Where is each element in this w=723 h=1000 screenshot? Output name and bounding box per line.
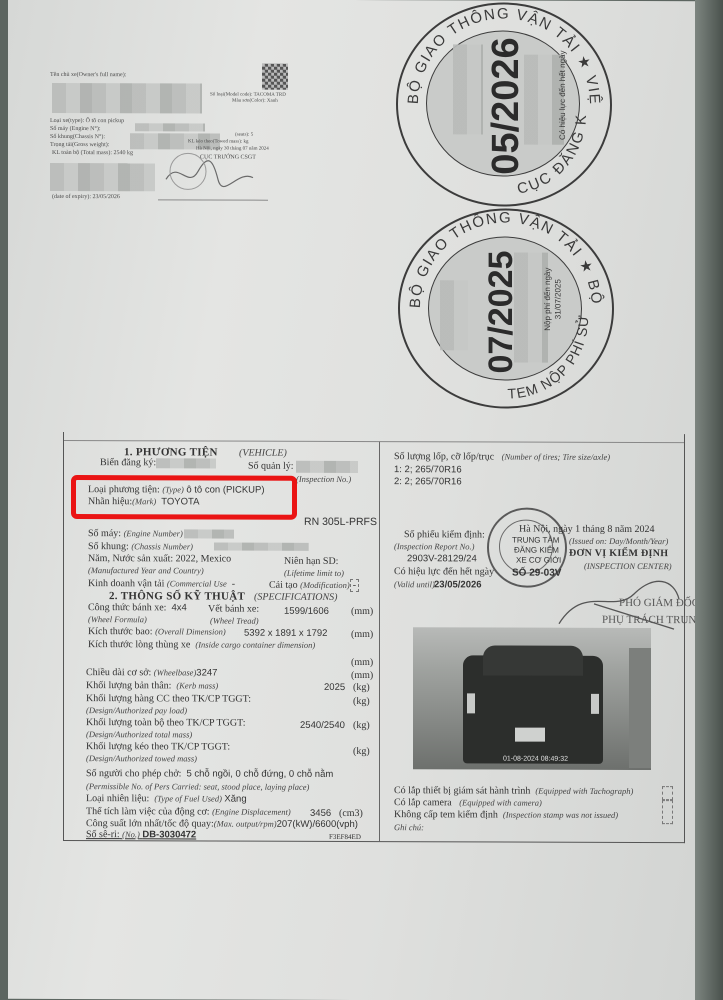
- valid-until-en: (Valid until): [394, 579, 435, 589]
- redacted-owner: [52, 83, 202, 114]
- modification-row: Cải tạo (Modification)-: [269, 580, 359, 591]
- wheelbase-value: 3247: [196, 667, 217, 678]
- tires-row: Số lượng lốp, cỡ lốp/trục (Number of tir…: [394, 451, 610, 463]
- unit-kg: (kg): [353, 746, 370, 757]
- no-stamp-label: Không cấp tem kiểm định: [394, 809, 498, 820]
- tires-label: Số lượng lốp, cỡ lốp/trục: [394, 451, 494, 462]
- chassis-en: (Chassis Number): [131, 541, 193, 551]
- redacted-mgmt-no: [296, 461, 358, 473]
- wheel-tread-en: (Wheel Tread): [210, 616, 259, 626]
- specs-section-title: 2. THÔNG SỐ KỸ THUẬT: [109, 590, 245, 602]
- total-mass-label: Khối lượng toàn bộ theo TK/CP TGGT:: [86, 717, 245, 729]
- camera-label: Có lắp camera: [394, 797, 452, 808]
- total-mass-line: KL toàn bộ (Total mass): 2540 kg: [52, 149, 133, 157]
- expiry-line: (date of expiry): 23/05/2026: [52, 193, 120, 201]
- wheel-formula-value: 4x4: [171, 602, 186, 613]
- notes-label: Ghi chú:: [394, 822, 424, 832]
- year-country-en: (Manufactured Year and Country): [88, 565, 204, 575]
- no-stamp-en: (Inspection stamp was not issued): [503, 810, 618, 820]
- overall-dim-value: 5392 x 1891 x 1792: [244, 628, 327, 639]
- kerb-value: 2025: [324, 682, 345, 693]
- issue-place-date-en: (Issued on: Day/Month/Year): [569, 536, 668, 546]
- column-divider: [379, 441, 380, 841]
- redacted-plate-value: [156, 458, 216, 468]
- camera-checkbox: [662, 800, 673, 824]
- persons-en: (Permissible No. of Pers Carried: seat, …: [86, 781, 309, 792]
- engine-row: Số máy: (Engine Number): [88, 528, 183, 539]
- unit-mm: (mm): [351, 629, 373, 640]
- wheelbase-en: (Wheelbase): [154, 667, 196, 677]
- commercial-value: -: [232, 579, 235, 590]
- serial-value: DB-3030472: [142, 829, 196, 840]
- fuel-value: Xăng: [224, 794, 246, 805]
- payload-label: Khối lượng hàng CC theo TK/CP TGGT:: [86, 693, 251, 705]
- displacement-en: (Engine Displacement): [212, 807, 291, 817]
- unit-mm: (mm): [351, 657, 373, 668]
- unit-cm3: (cm3): [339, 808, 363, 819]
- qr-code: [262, 64, 288, 90]
- seal-line-3: XE CƠ GIỚI: [516, 556, 561, 565]
- commercial-en: (Commercial Use: [167, 578, 227, 588]
- stamp-valid-text: Có hiệu lực đến hết ngày: [558, 51, 567, 140]
- redacted-chassis-no: [214, 543, 309, 551]
- fuel-label: Loại nhiên liệu:: [86, 793, 149, 804]
- wheel-tread-value: 1599/1606: [284, 606, 329, 617]
- lifetime-en: (Lifetime limit to): [284, 568, 344, 578]
- chassis-label: Số khung:: [88, 541, 129, 552]
- unit-mm: (mm): [351, 670, 373, 681]
- form-top-border: [64, 440, 684, 443]
- desk-background: [695, 0, 723, 1000]
- inspection-certificate-page: Tên chủ xe(Owner's full name): Loại xe(t…: [8, 0, 698, 1000]
- pickup-truck-image: [463, 655, 603, 763]
- unit-kg: (kg): [353, 682, 370, 693]
- redacted-engine: [135, 123, 205, 131]
- valid-until-label: Có hiệu lực đến hết ngày: [394, 566, 494, 577]
- overall-dim-en: (Overall Dimension): [155, 626, 226, 636]
- fuel-en: (Type of Fuel Used): [154, 793, 222, 803]
- unit-mm: (mm): [351, 606, 373, 617]
- total-mass-en: (Design/Authorized total mass): [86, 729, 192, 739]
- redacted-plate: [453, 44, 483, 134]
- license-plate: [515, 728, 545, 742]
- issue-place-date: Hà Nội, ngày 1 tháng 8 năm 2024: [519, 524, 655, 535]
- vehicle-photo: 01-08-2024 08:49:32: [413, 627, 651, 770]
- serial-row: Số sê-ri: (No.) DB-3030472: [86, 829, 196, 840]
- tail-lamp-right: [591, 694, 599, 714]
- displacement-value: 3456: [310, 808, 331, 819]
- mgmt-no-label: Số quản lý:: [248, 461, 294, 472]
- persons-value: 5 chỗ ngồi, 0 chỗ đứng, 0 chỗ nằm: [186, 768, 333, 780]
- tachograph-checkbox: [662, 786, 673, 800]
- vehicle-section-title-en: (VEHICLE): [239, 448, 287, 459]
- engine-label: Số máy:: [88, 528, 121, 539]
- persons-row: Số người cho phép chở: 5 chỗ ngồi, 0 chỗ…: [86, 768, 333, 780]
- kerb-label: Khối lượng bản thân:: [86, 680, 171, 691]
- towed-label: Khối lượng kéo theo TK/CP TGGT:: [86, 741, 230, 753]
- inspection-stamp: BỘ GIAO THÔNG VẬN TẢI ★ VIỆT NAM CỤC ĐĂN…: [396, 2, 612, 207]
- owner-label: Tên chủ xe(Owner's full name):: [50, 71, 126, 79]
- engine-en: (Engine Number): [124, 528, 183, 538]
- persons-label: Số người cho phép chở:: [86, 768, 181, 779]
- unit-kg: (kg): [353, 696, 370, 707]
- redacted-plate: [440, 280, 468, 350]
- modification-label: Cải tạo: [269, 580, 298, 591]
- specs-section-title-en: (SPECIFICATIONS): [254, 592, 338, 603]
- report-no-label: Số phiếu kiểm định:: [404, 529, 485, 540]
- modification-value: -: [350, 579, 359, 592]
- no-stamp-row: Không cấp tem kiểm định (Inspection stam…: [394, 809, 618, 821]
- stamp-fee-date: 31/07/2025: [554, 279, 563, 319]
- kerb-row: Khối lượng bản thân: (Kerb mass): [86, 680, 218, 691]
- unit-kg: (kg): [353, 720, 370, 731]
- kerb-en: (Kerb mass): [176, 680, 218, 690]
- redacted-address: [50, 163, 155, 191]
- wheelbase-label: Chiều dài cơ sở:: [86, 667, 151, 678]
- road-fee-stamp: BỘ GIAO THÔNG VẬN TẢI ★ BỘ ĐƯỜNG TEM NỘP…: [398, 208, 614, 409]
- total-mass-value: 2540/2540: [300, 720, 345, 731]
- seal-line-1: TRUNG TÂM: [512, 536, 559, 545]
- wheel-formula-en: (Wheel Formula): [88, 614, 147, 624]
- towed-en: (Design/Authorized towed mass): [86, 753, 197, 763]
- report-no-en: (Inspection Report No.): [394, 541, 475, 551]
- valid-until-value: 23/05/2026: [434, 579, 482, 590]
- police-signature: [158, 149, 268, 200]
- report-no-value: 2903V-28129/24: [407, 553, 477, 564]
- power-value: 207(kW)/6600(vph): [277, 819, 358, 830]
- plate-label: Biển đăng ký:: [100, 457, 156, 468]
- cargo-dim-label: Kích thước lòng thùng xe: [88, 639, 190, 650]
- stamp-expiry-big: 05/2026: [485, 37, 528, 175]
- model-code-value: RN 305L-PRFS: [304, 516, 377, 528]
- chassis-row: Số khung: (Chassis Number): [88, 541, 193, 552]
- fuel-row: Loại nhiên liệu: (Type of Fuel Used) Xăn…: [86, 793, 247, 805]
- tire-axle-1: 1: 2; 265/70R16: [394, 464, 462, 475]
- photo-timestamp: 01-08-2024 08:49:32: [503, 756, 568, 763]
- camera-row: Có lắp camera (Equipped with camera): [394, 797, 542, 809]
- footer-code: F3EF84ED: [329, 833, 361, 841]
- inspection-center-en: (INSPECTION CENTER): [584, 561, 672, 571]
- tachograph-label: Có lắp thiết bị giám sát hành trình: [394, 785, 530, 796]
- redacted-engine-no: [184, 529, 234, 538]
- payload-en: (Design/Authorized pay load): [86, 705, 187, 715]
- wheel-formula-label: Công thức bánh xe: 4x4: [88, 602, 187, 613]
- displacement-label: Thể tích làm việc của động cơ:: [86, 806, 210, 817]
- tires-en: (Number of tires; Tire size/axle): [502, 452, 610, 462]
- inspection-center-title: ĐƠN VỊ KIỂM ĐỊNH: [569, 548, 668, 559]
- director-signature: [554, 574, 684, 634]
- commercial-row: Kinh doanh vận tải (Commercial Use -: [88, 578, 235, 590]
- tachograph-en: (Equipped with Tachograph): [535, 786, 633, 796]
- power-label: Công suất lớn nhất/tốc độ quay:: [86, 818, 214, 829]
- cargo-dim-row: Kích thước lòng thùng xe (Inside cargo c…: [88, 639, 315, 651]
- modification-en: (Modification): [300, 580, 350, 590]
- cargo-dim-en: (Inside cargo container dimension): [195, 639, 315, 649]
- wheel-formula-text: Công thức bánh xe:: [88, 602, 166, 613]
- type-mark-highlight: [71, 475, 297, 520]
- background-object: [629, 648, 651, 768]
- tail-lamp-left: [467, 693, 475, 713]
- truck-cab: [483, 645, 583, 675]
- overall-dim-row: Kích thước bao: (Overall Dimension): [88, 626, 226, 637]
- displacement-row: Thể tích làm việc của động cơ: (Engine D…: [86, 806, 291, 818]
- seal-line-2: ĐĂNG KIỂM: [514, 546, 559, 555]
- year-country: Năm, Nước sản xuất: 2022, Mexico: [88, 553, 231, 564]
- tachograph-row: Có lắp thiết bị giám sát hành trình (Equ…: [394, 785, 633, 797]
- serial-en: (No.): [122, 829, 140, 839]
- color-line: Màu sơn(Color): Xanh: [232, 98, 278, 106]
- mgmt-no-en: (Inspection No.): [296, 474, 351, 484]
- commercial-label: Kinh doanh vận tải: [88, 578, 164, 589]
- stamp-fee-text: Nộp phí đến ngày: [543, 268, 552, 331]
- lifetime-label: Niên hạn SD:: [284, 556, 338, 567]
- overall-dim-label: Kích thước bao:: [88, 626, 153, 637]
- serial-label: Số sê-ri:: [86, 829, 120, 840]
- power-en: (Max. output/rpm): [214, 819, 277, 829]
- wheelbase-row: Chiều dài cơ sở: (Wheelbase)3247: [86, 667, 217, 678]
- tire-axle-2: 2: 2; 265/70R16: [394, 476, 462, 487]
- wheel-tread-label: Vết bánh xe:: [208, 603, 259, 614]
- camera-en: (Equipped with camera): [459, 797, 542, 807]
